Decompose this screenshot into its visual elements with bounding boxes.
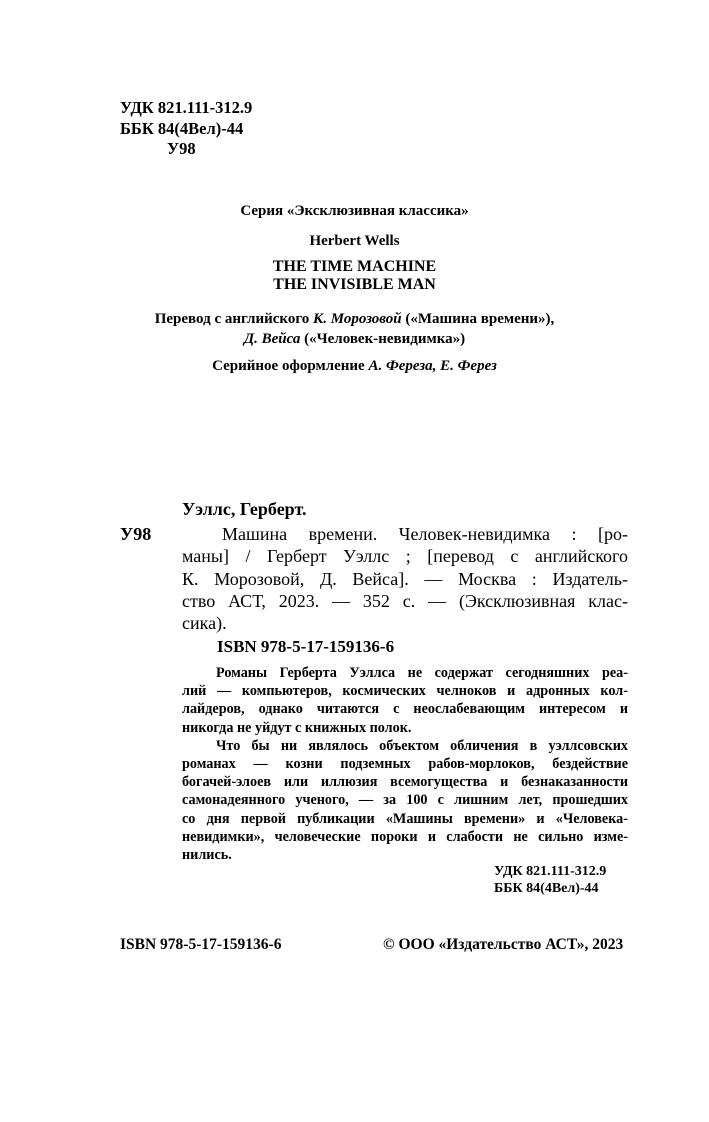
catalog-line: ство АСТ, 2023. — 352 с. — (Эксклюзивная… — [182, 590, 628, 612]
annotation-line: со дня первой публикации «Машины времени… — [182, 810, 628, 828]
catalog-line: Машина времени. Человек-невидимка : [ро- — [182, 523, 628, 545]
annotation-line: Романы Герберта Уэллса не содержат сегод… — [182, 664, 628, 682]
catalog-line: К. Морозовой, Д. Вейса]. — Москва : Изда… — [182, 568, 628, 590]
footer-copyright: © ООО «Издательство АСТ», 2023 — [383, 936, 623, 954]
design-prefix: Серийное оформление — [212, 358, 368, 374]
annotation: Романы Герберта Уэллса не содержат сегод… — [182, 664, 628, 864]
annotation-line: невидимки», человеческие пороки и слабос… — [182, 828, 628, 846]
udk-code-bottom: УДК 821.111-312.9 — [494, 863, 606, 880]
annotation-line: лий — компьютеров, космических челноков … — [182, 682, 628, 700]
original-title-2: THE INVISIBLE MAN — [0, 276, 709, 294]
original-title-1: THE TIME MACHINE — [0, 258, 709, 276]
annotation-line: романах — козни подземных рабов-морлоков… — [182, 755, 628, 773]
catalog-line: маны] / Герберт Уэллс ; [перевод с англи… — [182, 545, 628, 567]
annotation-line: лайдеров, однако читаются с неослабевающ… — [182, 700, 628, 718]
translation-credits: Перевод с английского К. Морозовой («Маш… — [0, 309, 709, 349]
catalog-heading: Уэллс, Герберт. — [182, 498, 306, 520]
translation-work-1: («Машина времени»), — [402, 311, 555, 327]
author-name-en: Herbert Wells — [0, 233, 709, 250]
catalog-description: Машина времени. Человек-невидимка : [ро-… — [182, 523, 628, 634]
translation-line-2: Д. Вейса («Человек-невидимка») — [0, 329, 709, 349]
design-credits: Серийное оформление А. Фереза, Е. Ферез — [0, 358, 709, 375]
annotation-line: никогда не уйдут с книжных полок. — [182, 719, 628, 737]
translation-work-2: («Человек-невидимка») — [300, 331, 465, 347]
classification-codes-bottom: УДК 821.111-312.9 ББК 84(4Вел)-44 — [494, 863, 606, 897]
translator-1: К. Морозовой — [313, 311, 402, 327]
series-name: Серия «Эксклюзивная классика» — [0, 203, 709, 220]
translation-prefix: Перевод с английского — [155, 311, 313, 327]
translator-2: Д. Вейса — [244, 331, 301, 347]
designers: А. Фереза, Е. Ферез — [368, 358, 496, 374]
annotation-line: богачей-элоев или иллюзия всемогущества … — [182, 773, 628, 791]
catalog-isbn: ISBN 978-5-17-159136-6 — [217, 637, 394, 657]
udk-code: УДК 821.111-312.9 — [120, 98, 252, 119]
author-mark: У98 — [120, 139, 252, 160]
classification-codes: УДК 821.111-312.9 ББК 84(4Вел)-44 У98 — [120, 98, 252, 160]
annotation-line: нились. — [182, 846, 628, 864]
catalog-line: сика). — [182, 612, 628, 634]
footer-isbn: ISBN 978-5-17-159136-6 — [120, 936, 281, 954]
bbk-code: ББК 84(4Вел)-44 — [120, 119, 252, 140]
annotation-line: самонадеянного ученого, — за 100 с лишни… — [182, 791, 628, 809]
original-titles: THE TIME MACHINE THE INVISIBLE MAN — [0, 258, 709, 294]
bbk-code-bottom: ББК 84(4Вел)-44 — [494, 880, 606, 897]
annotation-line: Что бы ни являлось объектом обличения в … — [182, 737, 628, 755]
translation-line-1: Перевод с английского К. Морозовой («Маш… — [0, 309, 709, 329]
catalog-code: У98 — [120, 523, 151, 545]
